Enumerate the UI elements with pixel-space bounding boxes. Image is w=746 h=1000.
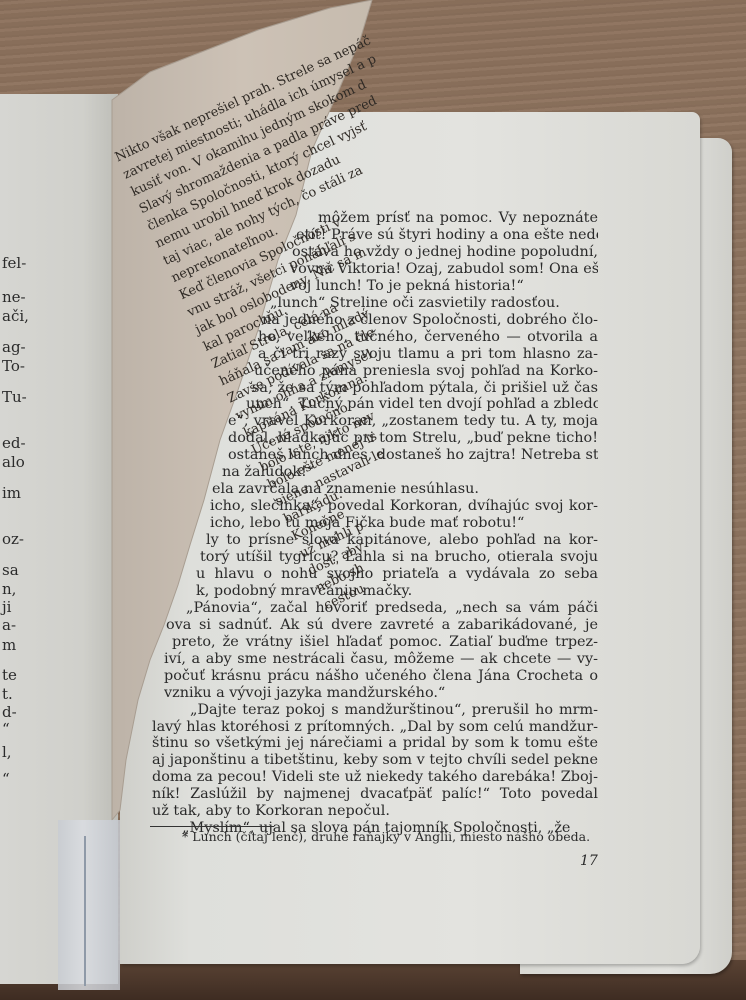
spine-seam [84,836,86,986]
taped-spine [58,820,120,990]
